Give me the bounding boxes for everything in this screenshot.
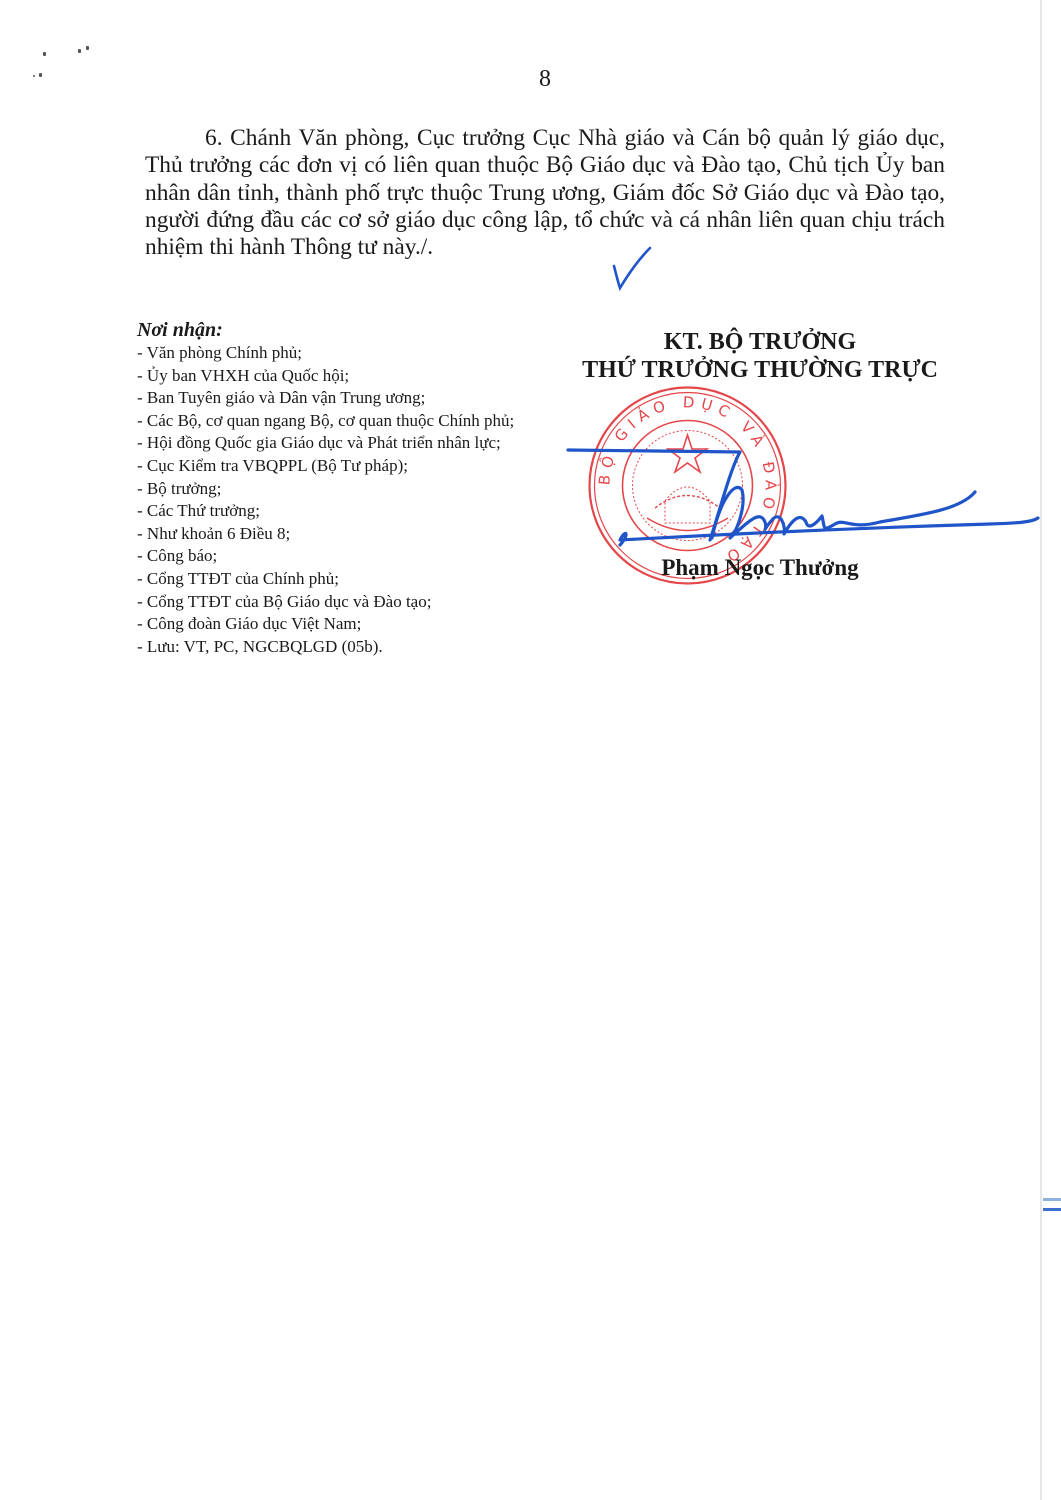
- recipient-item: - Các Thứ trưởng;: [137, 500, 597, 523]
- signature-title-line: THỨ TRƯỞNG THƯỜNG TRỰC: [560, 356, 960, 384]
- recipient-item: - Ban Tuyên giáo và Dân vận Trung ương;: [137, 387, 597, 410]
- scan-artifact-dots: [30, 40, 110, 80]
- signer-name: Phạm Ngọc Thưởng: [610, 555, 910, 581]
- initial-check-mark-icon: [610, 246, 655, 291]
- page-number: 8: [530, 66, 560, 93]
- recipient-item: - Các Bộ, cơ quan ngang Bộ, cơ quan thuộ…: [137, 410, 597, 433]
- paragraph-text: 6. Chánh Văn phòng, Cục trưởng Cục Nhà g…: [145, 125, 945, 260]
- recipient-item: - Lưu: VT, PC, NGCBQLGD (05b).: [137, 636, 597, 659]
- recipient-item: - Bộ trưởng;: [137, 478, 597, 501]
- recipient-item: - Như khoản 6 Điều 8;: [137, 523, 597, 546]
- recipients-title: Nơi nhận:: [137, 318, 597, 342]
- signature-authority-line: KT. BỘ TRƯỞNG: [560, 328, 960, 356]
- recipient-item: - Công báo;: [137, 545, 597, 568]
- signature-block: KT. BỘ TRƯỞNG THỨ TRƯỞNG THƯỜNG TRỰC: [560, 328, 960, 384]
- scan-edge-mark: [1043, 1198, 1061, 1201]
- recipient-item: - Cục Kiểm tra VBQPPL (Bộ Tư pháp);: [137, 455, 597, 478]
- recipient-item: - Ủy ban VHXH của Quốc hội;: [137, 365, 597, 388]
- recipients-list: Nơi nhận: - Văn phòng Chính phủ; - Ủy ba…: [137, 318, 597, 658]
- handwritten-signature-icon: [560, 430, 1050, 570]
- recipient-item: - Cổng TTĐT của Chính phủ;: [137, 568, 597, 591]
- recipient-item: - Hội đồng Quốc gia Giáo dục và Phát tri…: [137, 432, 597, 455]
- scan-edge-line: [1040, 0, 1042, 1500]
- recipient-item: - Văn phòng Chính phủ;: [137, 342, 597, 365]
- recipient-item: - Cổng TTĐT của Bộ Giáo dục và Đào tạo;: [137, 591, 597, 614]
- article-paragraph: 6. Chánh Văn phòng, Cục trưởng Cục Nhà g…: [145, 125, 945, 261]
- scan-edge-mark: [1043, 1208, 1061, 1211]
- recipient-item: - Công đoàn Giáo dục Việt Nam;: [137, 613, 597, 636]
